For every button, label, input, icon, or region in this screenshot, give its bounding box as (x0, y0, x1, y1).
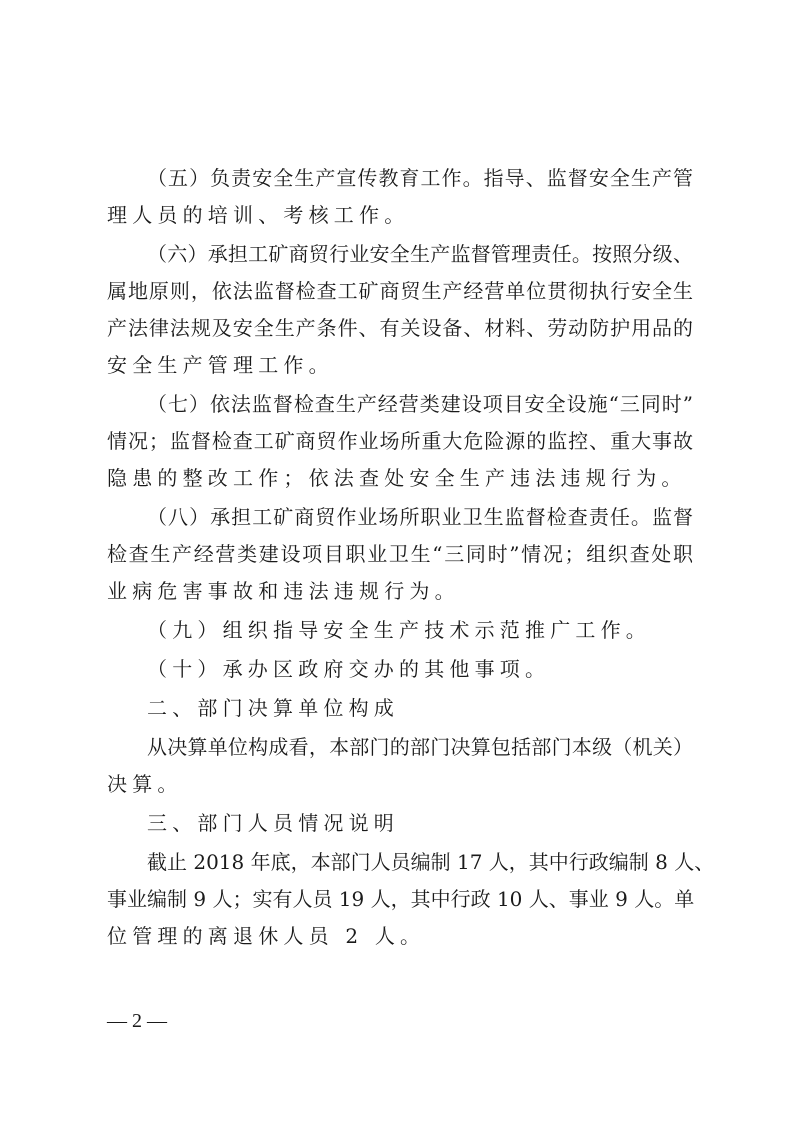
text-line: 截止 2018 年底，本部门人员编制 17 人，其中行政编制 8 人、 (147, 844, 693, 881)
text-line: 情况；监督检查工矿商贸作业场所重大危险源的监控、重大事故 (107, 423, 693, 460)
text-line: （十）承办区政府交办的其他事项。 (147, 651, 550, 688)
text-line: 事业编制 9 人；实有人员 19 人，其中行政 10 人、事业 9 人。单 (107, 881, 693, 918)
text-line: （六）承担工矿商贸行业安全生产监督管理责任。按照分级、 (147, 236, 693, 273)
text-line: 理人员的培训、考核工作。 (107, 197, 409, 234)
text-line: 业病危害事故和违法违规行为。 (107, 573, 460, 610)
section-heading: 三、部门人员情况说明 (147, 805, 399, 842)
text-line: （八）承担工矿商贸作业场所职业卫生监督检查责任。监督 (147, 499, 693, 536)
text-line: 隐患的整改工作；依法查处安全生产违法违规行为。 (107, 460, 687, 497)
text-line: （五）负责安全生产宣传教育工作。指导、监督安全生产管 (147, 160, 693, 197)
page-number: — 2 — (107, 1010, 167, 1033)
section-heading: 二、部门决算单位构成 (147, 690, 399, 727)
text-line: （九）组织指导安全生产技术示范推广工作。 (147, 612, 651, 649)
text-line: 检查生产经营类建设项目职业卫生“三同时”情况；组织查处职 (107, 536, 693, 573)
text-line: 属地原则，依法监督检查工矿商贸生产经营单位贯彻执行安全生 (107, 273, 693, 310)
text-line: 产法律法规及安全生产条件、有关设备、材料、劳动防护用品的 (107, 310, 693, 347)
text-line: 决算。 (107, 766, 183, 803)
text-line: 从决算单位构成看，本部门的部门决算包括部门本级（机关） (147, 729, 693, 766)
text-line: （七）依法监督检查生产经营类建设项目安全设施“三同时” (147, 386, 693, 423)
text-line: 安全生产管理工作。 (107, 347, 334, 384)
text-line: 位管理的离退休人员 2 人。 (107, 918, 425, 955)
